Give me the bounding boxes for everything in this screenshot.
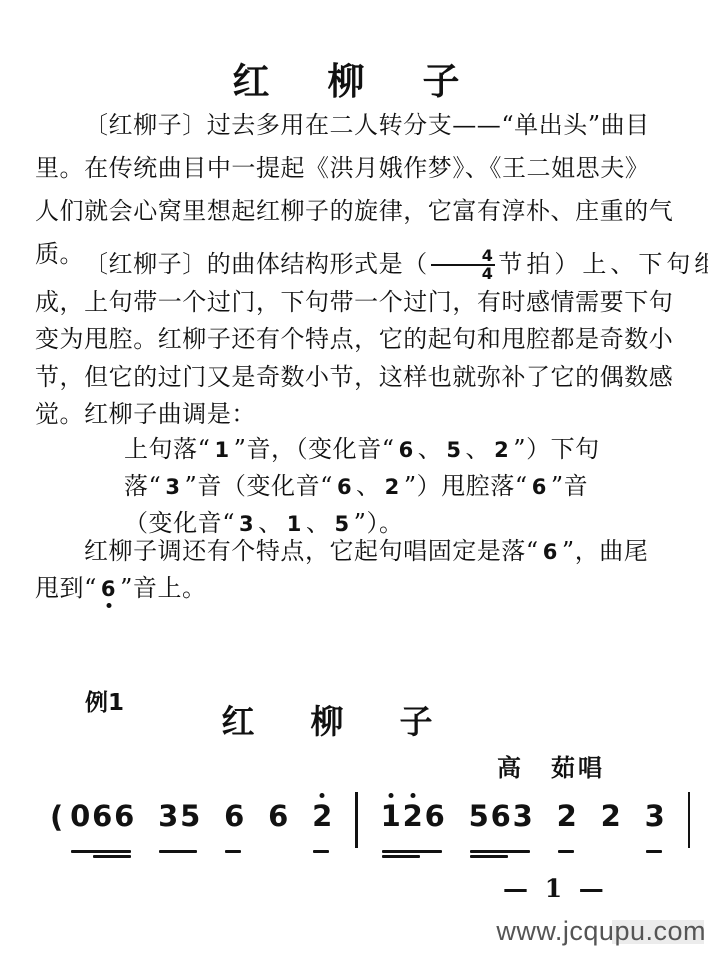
open-paren: ( bbox=[50, 800, 63, 834]
note: 6 bbox=[113, 801, 135, 848]
note-group: 563 bbox=[468, 801, 534, 848]
note: 2 bbox=[402, 801, 424, 848]
text-segment: 上句落“ bbox=[124, 435, 210, 463]
scale-degree: 5 bbox=[442, 438, 465, 462]
note-group: 35 bbox=[157, 801, 201, 848]
octave-dot-icon bbox=[320, 793, 325, 798]
octave-dot-icon bbox=[388, 793, 393, 798]
paragraph-feature: 红柳子调还有个特点，它起句唱固定是落“6”，曲尾 甩到“6”音上。 bbox=[35, 533, 695, 607]
text-line: 觉。红柳子曲调是： bbox=[35, 396, 695, 434]
text-line: 节，但它的过门又是奇数小节，这样也就弥补了它的偶数感 bbox=[35, 359, 695, 397]
text-segment: ”音上。 bbox=[120, 574, 206, 602]
text-line: 〔红柳子〕过去多用在二人转分支——“单出头”曲目 bbox=[35, 104, 695, 147]
beam-underline bbox=[71, 850, 131, 853]
note: 3 bbox=[512, 801, 534, 848]
text-line: 成，上句带一个过门，下句带一个过门，有时感情需要下句 bbox=[35, 284, 695, 322]
scale-degree: 6 bbox=[539, 540, 562, 564]
paragraph-structure: 〔红柳子〕的曲体结构形式是（44节拍）上、下句组 成，上句带一个过门，下句带一个… bbox=[35, 246, 695, 434]
note-group: 3 bbox=[644, 801, 666, 848]
beam-underline bbox=[225, 850, 241, 853]
text-segment: ”音 bbox=[551, 472, 588, 500]
text-segment: 、 bbox=[356, 472, 381, 500]
note: 5 bbox=[179, 801, 201, 848]
text-line: 上句落“1”音，（变化音“6、5、2”）下句 bbox=[124, 431, 708, 468]
text-segment: 、 bbox=[418, 435, 443, 463]
beam-underline bbox=[470, 850, 530, 853]
note: 1 bbox=[380, 801, 402, 848]
text-segment: ”音，（变化音“ bbox=[234, 435, 395, 463]
page-number: — 1 — bbox=[503, 874, 608, 903]
note-group: 2 bbox=[556, 801, 578, 848]
text-line-with-time-signature: 〔红柳子〕的曲体结构形式是（44节拍）上、下句组 bbox=[35, 246, 695, 284]
note-group: 6 bbox=[267, 801, 289, 848]
text-segment: 、 bbox=[466, 435, 491, 463]
note: 6 bbox=[424, 801, 446, 848]
scale-degree: 6 bbox=[333, 475, 356, 499]
note: 6 bbox=[267, 801, 289, 848]
text-segment: 〔红柳子〕的曲体结构形式是（ bbox=[84, 250, 428, 278]
beam-underline bbox=[558, 850, 574, 853]
beam-underline bbox=[382, 855, 420, 858]
note: 2 bbox=[556, 801, 578, 848]
text-segment: 落“ bbox=[124, 472, 161, 500]
note: 3 bbox=[644, 801, 666, 848]
scale-degree: 2 bbox=[490, 438, 513, 462]
text-line: 人们就会心窝里想起红柳子的旋律，它富有淳朴、庄重的气 bbox=[35, 190, 695, 233]
beam-underline bbox=[470, 855, 508, 858]
beam-underline bbox=[382, 850, 442, 853]
text-line: 里。在传统曲目中一提起《洪月娥作梦》、《王二姐思夫》 bbox=[35, 147, 695, 190]
note: 6 bbox=[490, 801, 512, 848]
note-group: 2 bbox=[311, 801, 333, 848]
text-line: 甩到“6”音上。 bbox=[35, 570, 695, 607]
watermark-url: www.jcqupu.com bbox=[496, 916, 706, 947]
note: 2 bbox=[311, 801, 333, 848]
scale-degree: 6 bbox=[528, 475, 551, 499]
note: 3 bbox=[157, 801, 179, 848]
text-line: 变为甩腔。红柳子还有个特点，它的起句和甩腔都是奇数小 bbox=[35, 321, 695, 359]
note: 6 bbox=[91, 801, 113, 848]
time-signature: 44 bbox=[431, 248, 496, 282]
scale-degree: 6 bbox=[97, 577, 120, 601]
text-segment: ”，曲尾 bbox=[562, 537, 648, 565]
page-title: 红柳子 bbox=[0, 51, 692, 105]
note-group: 6 bbox=[223, 801, 245, 848]
scale-degree: 3 bbox=[161, 475, 184, 499]
note: 6 bbox=[223, 801, 245, 848]
text-line: 落“3”音（变化音“6、2”）甩腔落“6”音 bbox=[124, 468, 708, 505]
note: 0 bbox=[69, 801, 91, 848]
text-segment: 节拍）上、下句组 bbox=[498, 250, 708, 278]
scale-degree: 6 bbox=[395, 438, 418, 462]
note-group: 126 bbox=[380, 801, 446, 848]
score-groups: 06635662126563223 bbox=[69, 801, 690, 848]
beam-underline bbox=[646, 850, 662, 853]
barline-icon bbox=[355, 792, 358, 848]
score-line: ( 06635662126563223 bbox=[50, 801, 690, 848]
octave-dot-icon bbox=[410, 793, 415, 798]
note-group: 2 bbox=[600, 801, 622, 848]
barline-icon bbox=[688, 792, 691, 848]
scale-degree: 2 bbox=[381, 475, 404, 499]
text-segment: ”）甩腔落“ bbox=[404, 472, 528, 500]
text-segment: 甩到“ bbox=[35, 574, 97, 602]
text-segment: 红柳子调还有个特点，它起句唱固定是落“ bbox=[84, 537, 539, 565]
text-segment: ”）下句 bbox=[513, 435, 599, 463]
beam-underline bbox=[313, 850, 329, 853]
note: 5 bbox=[468, 801, 490, 848]
paragraph-melody-notes: 上句落“1”音，（变化音“6、5、2”）下句 落“3”音（变化音“6、2”）甩腔… bbox=[124, 431, 708, 542]
note: 2 bbox=[600, 801, 622, 848]
text-segment: ”音（变化音“ bbox=[185, 472, 333, 500]
score-title: 红柳子 bbox=[0, 696, 654, 743]
note-group: 066 bbox=[69, 801, 135, 848]
singer-credit: 高 茹唱 bbox=[497, 748, 605, 783]
beam-underline bbox=[93, 855, 131, 858]
book-page: 红柳子 〔红柳子〕过去多用在二人转分支——“单出头”曲目 里。在传统曲目中一提起… bbox=[0, 0, 708, 953]
beam-underline bbox=[159, 850, 197, 853]
scale-degree: 1 bbox=[210, 438, 233, 462]
text-line: 红柳子调还有个特点，它起句唱固定是落“6”，曲尾 bbox=[35, 533, 695, 570]
